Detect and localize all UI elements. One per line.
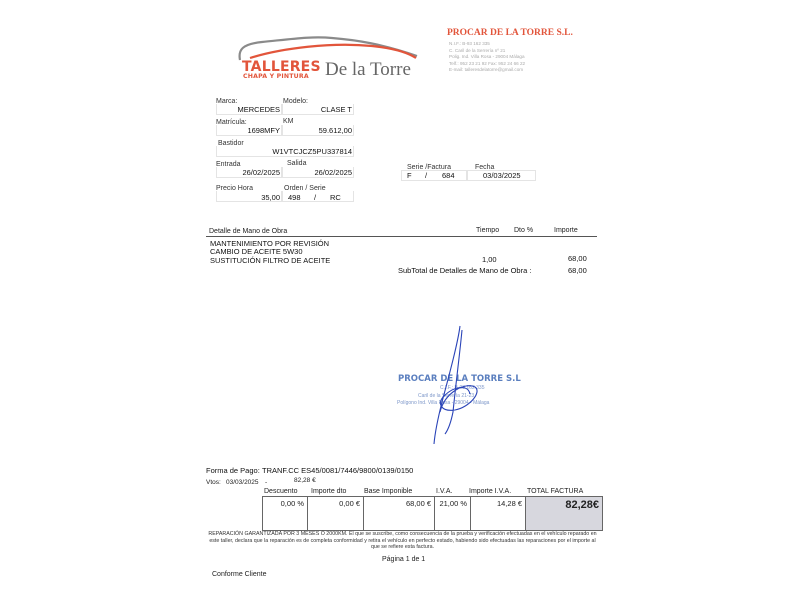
salida-value: 26/02/2025 bbox=[282, 168, 352, 177]
importe-header: Importe bbox=[554, 227, 578, 234]
company-polygon: Polig. Ind. Villa Rosa - 29004 Málaga bbox=[449, 54, 525, 60]
iva-header: I.V.A. bbox=[436, 488, 452, 495]
company-address: C. Caril de la Serrería nº 21 bbox=[449, 48, 505, 54]
bastidor-value: W1VTCJCZ5PU337814 bbox=[216, 147, 352, 156]
company-nif: N.I.F.: B-93 162 335 bbox=[449, 41, 490, 47]
importe-dto-header: Importe dto bbox=[311, 488, 346, 495]
legal-notice: REPARACIÓN GARANTIZADA POR 3 MESES Ó 200… bbox=[205, 531, 600, 551]
signature-icon bbox=[420, 322, 490, 447]
vto-importe: 82,28 € bbox=[294, 477, 316, 484]
marca-value: MERCEDES bbox=[216, 105, 280, 114]
total-header: TOTAL FACTURA bbox=[527, 488, 583, 495]
company-name: PROCAR DE LA TORRE S.L. bbox=[447, 28, 573, 38]
car-silhouette-logo-icon bbox=[232, 34, 422, 62]
entrada-value: 26/02/2025 bbox=[216, 168, 280, 177]
modelo-value: CLASE T bbox=[282, 105, 352, 114]
km-value: 59.612,00 bbox=[282, 126, 352, 135]
base-value: 68,00 € bbox=[364, 497, 435, 531]
conforme-cliente: Conforme Cliente bbox=[212, 571, 266, 578]
total-factura-value: 82,28€ bbox=[526, 497, 603, 531]
importe-iva-value: 14,28 € bbox=[471, 497, 526, 531]
km-label: KM bbox=[283, 118, 294, 125]
descuento-value: 0,00 % bbox=[263, 497, 308, 531]
orden-separator: / bbox=[314, 193, 316, 202]
labor-importe: 68,00 bbox=[568, 254, 587, 263]
importe-dto-value: 0,00 € bbox=[308, 497, 364, 531]
base-header: Base Imponible bbox=[364, 488, 412, 495]
invoice-separator: / bbox=[425, 171, 427, 180]
salida-label: Salida bbox=[287, 160, 306, 167]
matricula-value: 1698MFY bbox=[216, 126, 280, 135]
company-phone: Telf.: 952 23 21 92 Fax: 952 24 66 22 bbox=[449, 61, 525, 67]
tiempo-header: Tiempo bbox=[476, 227, 499, 234]
invoice-date: 03/03/2025 bbox=[483, 171, 521, 180]
descuento-header: Descuento bbox=[264, 488, 297, 495]
logo-name: De la Torre bbox=[325, 59, 411, 81]
logo-tagline: CHAPA Y PINTURA bbox=[243, 73, 309, 80]
invoice-serie: F bbox=[407, 171, 412, 180]
dto-header: Dto % bbox=[514, 227, 533, 234]
forma-pago-label: Forma de Pago: bbox=[206, 466, 260, 475]
vto-separator: - bbox=[265, 479, 267, 486]
labor-subtotal: 68,00 bbox=[568, 266, 587, 275]
company-email: E-mail: talleresdelatorre@gmail.com bbox=[449, 67, 523, 73]
forma-pago-value: TRANF.CC ES45/0081/7446/9800/0139/0150 bbox=[262, 466, 413, 475]
serie-value: RC bbox=[330, 193, 341, 202]
labor-line-3: SUSTITUCIÓN FILTRO DE ACEITE bbox=[210, 256, 330, 265]
vtos-label: Vtos: bbox=[206, 479, 221, 486]
invoice-number: 684 bbox=[442, 171, 455, 180]
labor-tiempo: 1,00 bbox=[482, 255, 497, 264]
vto-fecha: 03/03/2025 bbox=[226, 479, 259, 486]
labor-line-2: CAMBIO DE ACEITE 5W30 bbox=[210, 247, 303, 256]
precio-hora-value: 35,00 bbox=[216, 193, 280, 202]
iva-value: 21,00 % bbox=[435, 497, 471, 531]
page-number: Página 1 de 1 bbox=[382, 556, 425, 563]
orden-value: 498 bbox=[288, 193, 301, 202]
totals-table: 0,00 % 0,00 € 68,00 € 21,00 % 14,28 € 82… bbox=[262, 496, 603, 531]
importe-iva-header: Importe I.V.A. bbox=[469, 488, 511, 495]
labor-detail-header: Detalle de Mano de Obra bbox=[209, 228, 287, 235]
labor-subtotal-label: SubTotal de Detalles de Mano de Obra : bbox=[398, 266, 531, 275]
